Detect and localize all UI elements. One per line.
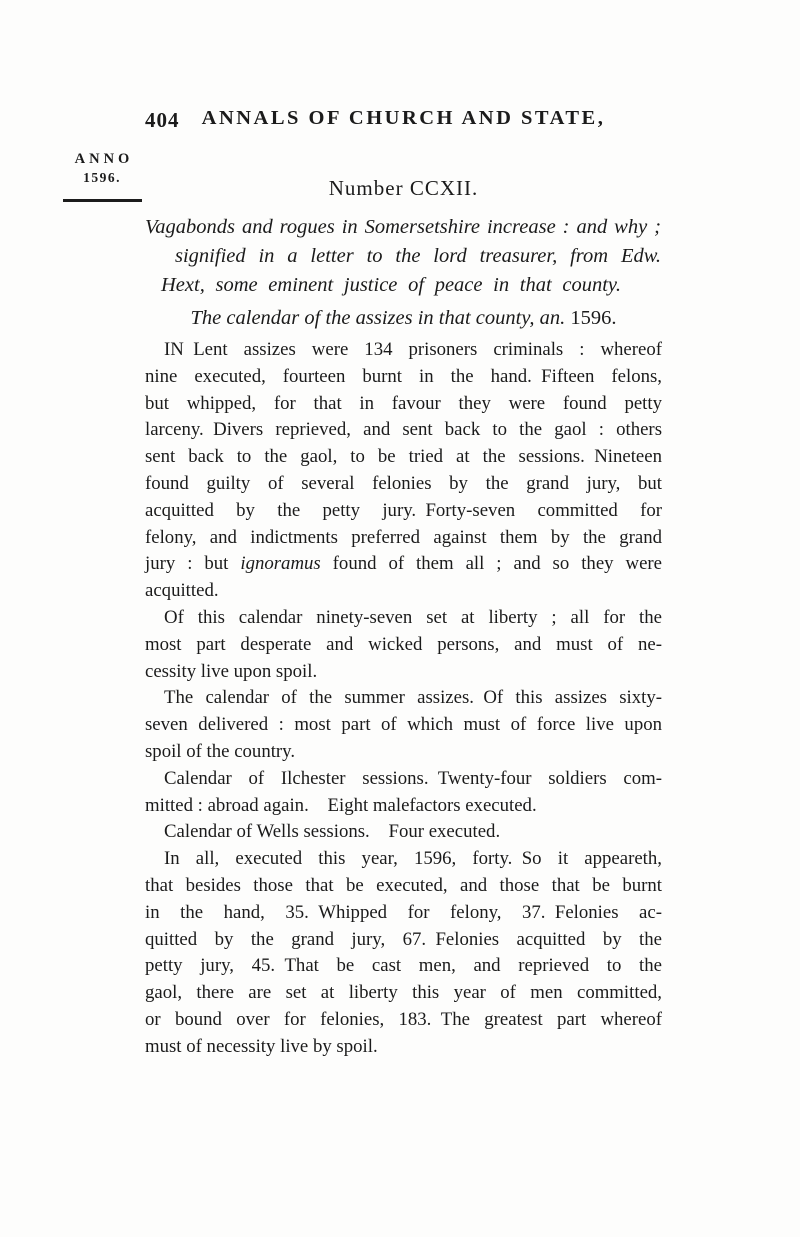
body-line: cessity live upon spoil. bbox=[145, 659, 662, 686]
body-line: must of necessity live by spoil. bbox=[145, 1034, 662, 1061]
body-line: Calendar of Wells sessions. Four execute… bbox=[145, 819, 662, 846]
body-line: nine executed, fourteen burnt in the han… bbox=[145, 364, 662, 391]
body-line: in the hand, 35. Whipped for felony, 37.… bbox=[145, 900, 662, 927]
assizes-subheading: The calendar of the assizes in that coun… bbox=[145, 307, 662, 330]
anno-label: ANNO bbox=[60, 151, 144, 168]
body-line: found guilty of several felonies by the … bbox=[145, 471, 662, 498]
body-line: but whipped, for that in favour they wer… bbox=[145, 391, 662, 418]
body-line: IN Lent assizes were 134 prisoners crimi… bbox=[145, 337, 662, 364]
body-line: Of this calendar ninety-seven set at lib… bbox=[145, 605, 662, 632]
book-page: 404 ANNALS OF CHURCH AND STATE, ANNO 159… bbox=[0, 0, 800, 1237]
argument-line: Hext, some eminent justice of peace in t… bbox=[145, 271, 661, 300]
body-line: sent back to the gaol, to be tried at th… bbox=[145, 444, 662, 471]
body-paragraph: In all, executed this year, 1596, forty.… bbox=[145, 846, 662, 1060]
argument-line: signified in a letter to the lord treasu… bbox=[145, 242, 661, 271]
body-line: spoil of the country. bbox=[145, 739, 662, 766]
body-line: In all, executed this year, 1596, forty.… bbox=[145, 846, 662, 873]
body-line: larceny. Divers reprieved, and sent back… bbox=[145, 417, 662, 444]
margin-note: ANNO 1596. bbox=[60, 151, 144, 186]
body-line: felony, and indictments preferred agains… bbox=[145, 525, 662, 552]
body-line: gaol, there are set at liberty this year… bbox=[145, 980, 662, 1007]
body-line: acquitted by the petty jury. Forty-seven… bbox=[145, 498, 662, 525]
section-heading: Number CCXII. bbox=[145, 176, 662, 201]
body-line: The calendar of the summer assizes. Of t… bbox=[145, 685, 662, 712]
body-line: or bound over for felonies, 183. The gre… bbox=[145, 1007, 662, 1034]
argument-line: Vagabonds and rogues in Somersetshire in… bbox=[145, 213, 661, 242]
running-title: ANNALS OF CHURCH AND STATE, bbox=[145, 107, 662, 130]
body-line: jury : but ignoramus found of them all ;… bbox=[145, 551, 662, 578]
body-line: that besides those that be executed, and… bbox=[145, 873, 662, 900]
body-paragraph: IN Lent assizes were 134 prisoners crimi… bbox=[145, 337, 662, 605]
body-line: acquitted. bbox=[145, 578, 662, 605]
anno-year: 1596. bbox=[60, 170, 144, 186]
body-line: seven delivered : most part of which mus… bbox=[145, 712, 662, 739]
argument-heading: Vagabonds and rogues in Somersetshire in… bbox=[145, 213, 661, 300]
body-paragraph: Calendar of Wells sessions. Four execute… bbox=[145, 819, 662, 846]
body-text: IN Lent assizes were 134 prisoners crimi… bbox=[145, 337, 662, 1061]
body-line: quitted by the grand jury, 67. Felonies … bbox=[145, 927, 662, 954]
body-line: mitted : abroad again. Eight malefactors… bbox=[145, 793, 662, 820]
assizes-subheading-italic: The calendar of the assizes in that coun… bbox=[191, 307, 571, 329]
body-line: petty jury, 45. That be cast men, and re… bbox=[145, 953, 662, 980]
assizes-subheading-year: 1596. bbox=[570, 307, 616, 329]
body-line: Calendar of Ilchester sessions. Twenty-f… bbox=[145, 766, 662, 793]
body-paragraph: Calendar of Ilchester sessions. Twenty-f… bbox=[145, 766, 662, 820]
body-line: most part desperate and wicked persons, … bbox=[145, 632, 662, 659]
body-paragraph: The calendar of the summer assizes. Of t… bbox=[145, 685, 662, 765]
margin-rule bbox=[63, 199, 142, 202]
body-paragraph: Of this calendar ninety-seven set at lib… bbox=[145, 605, 662, 685]
